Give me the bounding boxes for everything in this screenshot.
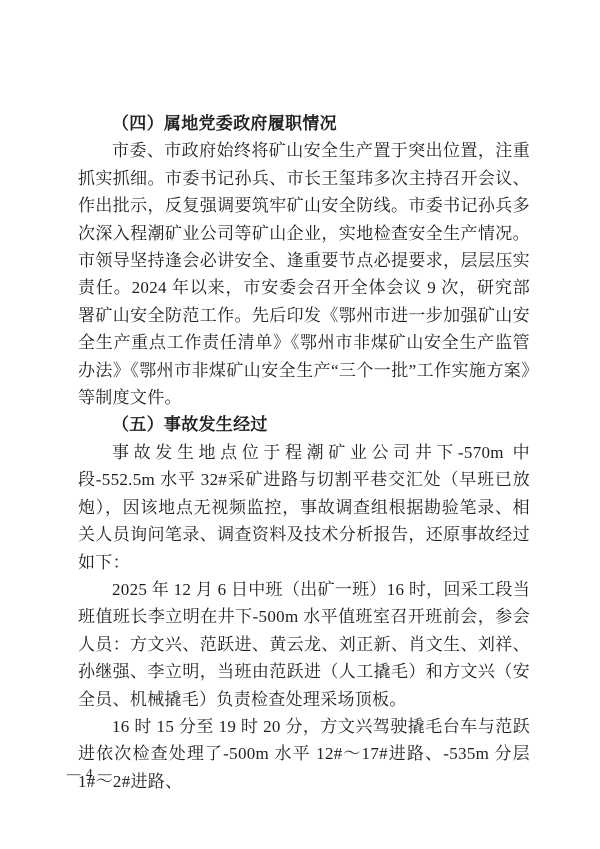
document-page: （四）属地党委政府履职情况 市委、市政府始终将矿山安全生产置于突出位置，注重抓实… <box>0 0 600 849</box>
section-heading-5: （五）事故发生经过 <box>78 411 530 438</box>
section-5-paragraph-1: 事故发生地点位于程潮矿业公司井下-570m 中段-552.5m 水平 32#采矿… <box>78 439 530 576</box>
document-content: （四）属地党委政府履职情况 市委、市政府始终将矿山安全生产置于突出位置，注重抓实… <box>78 110 530 795</box>
section-heading-4: （四）属地党委政府履职情况 <box>78 110 530 137</box>
section-5-paragraph-3: 16 时 15 分至 19 时 20 分，方文兴驾驶撬毛台车与范跃进依次检查处理… <box>78 713 530 795</box>
page-number: — 4 — <box>67 766 113 782</box>
section-4-paragraph-1: 市委、市政府始终将矿山安全生产置于突出位置，注重抓实抓细。市委书记孙兵、市长王玺… <box>78 137 530 411</box>
section-5-paragraph-2: 2025 年 12 月 6 日中班（出矿一班）16 时，回采工段当班值班长李立明… <box>78 576 530 713</box>
